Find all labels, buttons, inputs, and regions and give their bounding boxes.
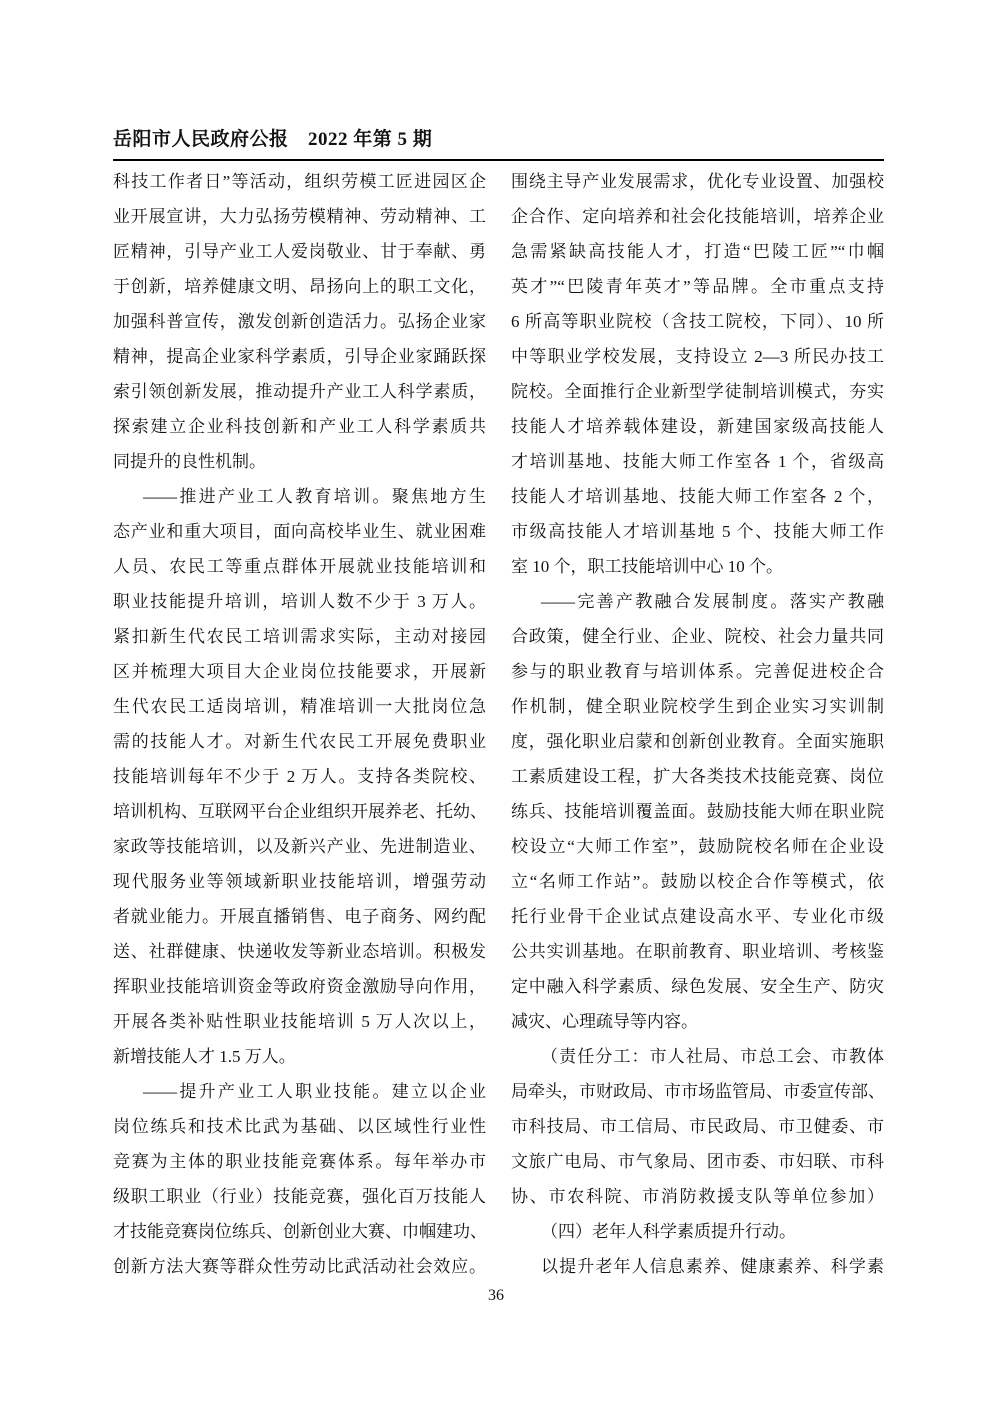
text-line: 者就业能力。开展直播销售、电子商务、网约配 — [113, 899, 486, 934]
left-column: 科技工作者日”等活动，组织劳模工匠进园区企业开展宣讲，大力弘扬劳模精神、劳动精神… — [113, 164, 486, 1284]
text-line: 企合作、定向培养和社会化技能培训，培养企业 — [511, 199, 884, 234]
text-line: 工素质建设工程，扩大各类技术技能竞赛、岗位 — [511, 759, 884, 794]
text-line: 文旅广电局、市气象局、团市委、市妇联、市科 — [511, 1144, 884, 1179]
text-line: 岗位练兵和技术比武为基础、以区域性行业性 — [113, 1109, 486, 1144]
text-line: 培训机构、互联网平台企业组织开展养老、托幼、 — [113, 794, 486, 829]
text-line: 练兵、技能培训覆盖面。鼓励技能大师在职业院 — [511, 794, 884, 829]
text-line: 新增技能人才 1.5 万人。 — [113, 1039, 486, 1074]
text-line: 参与的职业教育与培训体系。完善促进校企合 — [511, 654, 884, 689]
right-column: 围绕主导产业发展需求，优化专业设置、加强校企合作、定向培养和社会化技能培训，培养… — [511, 164, 884, 1284]
text-line: 以提升老年人信息素养、健康素养、科学素 — [511, 1249, 884, 1284]
text-line: 竞赛为主体的职业技能竞赛体系。每年举办市 — [113, 1144, 486, 1179]
text-line: 才培训基地、技能大师工作室各 1 个，省级高 — [511, 444, 884, 479]
text-line: 技能人才培养载体建设，新建国家级高技能人 — [511, 409, 884, 444]
text-line: 英才”“巴陵青年英才”等品牌。全市重点支持 — [511, 269, 884, 304]
text-line: 局牵头，市财政局、市市场监管局、市委宣传部、 — [511, 1074, 884, 1109]
text-line: 人员、农民工等重点群体开展就业技能培训和 — [113, 549, 486, 584]
text-line: 校设立“大师工作室”，鼓励院校名师在企业设 — [511, 829, 884, 864]
text-line: 于创新，培养健康文明、昂扬向上的职工文化， — [113, 269, 486, 304]
text-line: 急需紧缺高技能人才，打造“巴陵工匠”“巾帼 — [511, 234, 884, 269]
text-line: 探索建立企业科技创新和产业工人科学素质共 — [113, 409, 486, 444]
text-line: （责任分工：市人社局、市总工会、市教体 — [511, 1039, 884, 1074]
text-line: 技能培训每年不少于 2 万人。支持各类院校、 — [113, 759, 486, 794]
text-line: 科技工作者日”等活动，组织劳模工匠进园区企 — [113, 164, 486, 199]
text-line: 家政等技能培训，以及新兴产业、先进制造业、 — [113, 829, 486, 864]
text-line: 态产业和重大项目，面向高校毕业生、就业困难 — [113, 514, 486, 549]
text-line: 围绕主导产业发展需求，优化专业设置、加强校 — [511, 164, 884, 199]
text-line: 技能人才培训基地、技能大师工作室各 2 个， — [511, 479, 884, 514]
text-line: 定中融入科学素质、绿色发展、安全生产、防灾 — [511, 969, 884, 1004]
text-line: 创新方法大赛等群众性劳动比武活动社会效应。 — [113, 1249, 486, 1284]
text-line: 职业技能提升培训，培训人数不少于 3 万人。 — [113, 584, 486, 619]
header-title: 岳阳市人民政府公报 2022 年第 5 期 — [113, 128, 884, 152]
text-line: 合政策，健全行业、企业、院校、社会力量共同 — [511, 619, 884, 654]
text-line: ——提升产业工人职业技能。建立以企业 — [113, 1074, 486, 1109]
text-line: 减灾、心理疏导等内容。 — [511, 1004, 884, 1039]
text-line: 挥职业技能培训资金等政府资金激励导向作用， — [113, 969, 486, 1004]
text-line: 加强科普宣传，激发创新创造活力。弘扬企业家 — [113, 304, 486, 339]
text-line: 度，强化职业启蒙和创新创业教育。全面实施职 — [511, 724, 884, 759]
page-header: 岳阳市人民政府公报 2022 年第 5 期 — [0, 0, 992, 152]
text-line: 开展各类补贴性职业技能培训 5 万人次以上， — [113, 1004, 486, 1039]
text-line: 市级高技能人才培训基地 5 个、技能大师工作 — [511, 514, 884, 549]
text-line: 索引领创新发展，推动提升产业工人科学素质， — [113, 374, 486, 409]
text-line: 紧扣新生代农民工培训需求实际，主动对接园 — [113, 619, 486, 654]
text-line: 院校。全面推行企业新型学徒制培训模式，夯实 — [511, 374, 884, 409]
text-line: （四）老年人科学素质提升行动。 — [511, 1214, 884, 1249]
text-line: 匠精神，引导产业工人爱岗敬业、甘于奉献、勇 — [113, 234, 486, 269]
text-line: 立“名师工作站”。鼓励以校企合作等模式，依 — [511, 864, 884, 899]
text-line: 送、社群健康、快递收发等新业态培训。积极发 — [113, 934, 486, 969]
page-number: 36 — [0, 1285, 992, 1307]
text-line: 现代服务业等领域新职业技能培训，增强劳动 — [113, 864, 486, 899]
text-line: 级职工职业（行业）技能竞赛，强化百万技能人 — [113, 1179, 486, 1214]
text-line: 公共实训基地。在职前教育、职业培训、考核鉴 — [511, 934, 884, 969]
text-line: 托行业骨干企业试点建设高水平、专业化市级 — [511, 899, 884, 934]
header-rule — [113, 159, 884, 161]
document-body: 科技工作者日”等活动，组织劳模工匠进园区企业开展宣讲，大力弘扬劳模精神、劳动精神… — [113, 164, 884, 1284]
text-line: 协、市农科院、市消防救援支队等单位参加） — [511, 1179, 884, 1214]
text-line: 才技能竞赛岗位练兵、创新创业大赛、巾帼建功、 — [113, 1214, 486, 1249]
text-line: 6 所高等职业院校（含技工院校，下同）、10 所 — [511, 304, 884, 339]
text-line: 需的技能人才。对新生代农民工开展免费职业 — [113, 724, 486, 759]
text-line: ——推进产业工人教育培训。聚焦地方生 — [113, 479, 486, 514]
text-line: 室 10 个，职工技能培训中心 10 个。 — [511, 549, 884, 584]
text-line: 业开展宣讲，大力弘扬劳模精神、劳动精神、工 — [113, 199, 486, 234]
text-line: 市科技局、市工信局、市民政局、市卫健委、市 — [511, 1109, 884, 1144]
text-line: 中等职业学校发展，支持设立 2—3 所民办技工 — [511, 339, 884, 374]
text-line: ——完善产教融合发展制度。落实产教融 — [511, 584, 884, 619]
text-line: 作机制，健全职业院校学生到企业实习实训制 — [511, 689, 884, 724]
text-line: 同提升的良性机制。 — [113, 444, 486, 479]
text-line: 区并梳理大项目大企业岗位技能要求，开展新 — [113, 654, 486, 689]
text-line: 生代农民工适岗培训，精准培训一大批岗位急 — [113, 689, 486, 724]
text-line: 精神，提高企业家科学素质，引导企业家踊跃探 — [113, 339, 486, 374]
